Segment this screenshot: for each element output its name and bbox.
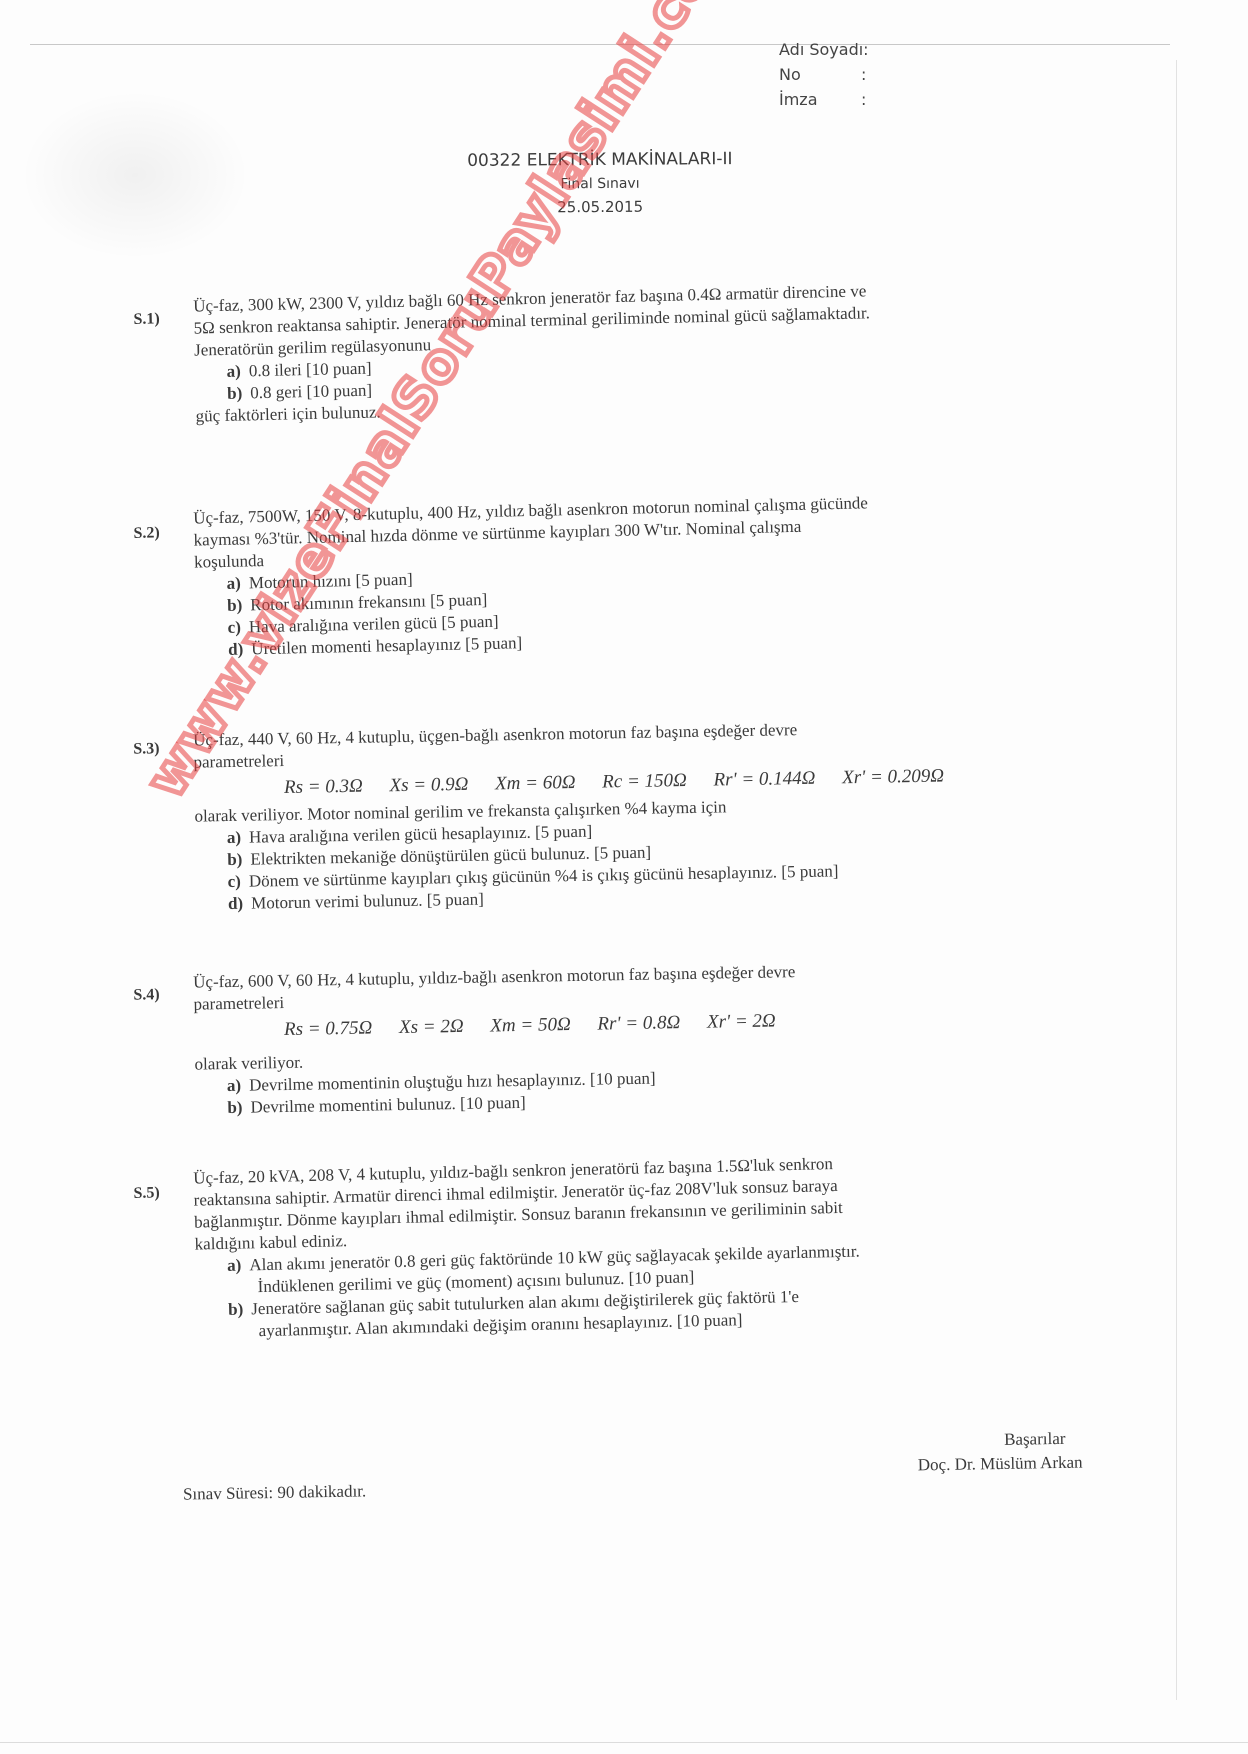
exam-type: Final Sınavı [400,175,800,194]
scan-edge-top [30,44,1170,45]
scan-edge-bottom [0,1742,1248,1743]
signature-field: İmza : [779,87,869,112]
instructor-name: Doç. Dr. Müslüm Arkan [880,1450,1120,1478]
question-number: S.5) [133,1182,160,1205]
course-title: 00322 ELEKTRİK MAKİNALARI-II [400,149,800,172]
question-body: Üç-faz, 300 kW, 2300 V, yıldız bağlı 60 … [193,275,1096,427]
question-4: S.4) Üç-faz, 600 V, 60 Hz, 4 kutuplu, yı… [0,953,1248,975]
param-xm: Xm = 60Ω [495,772,576,794]
question-2: S.2) Üç-faz, 7500W, 150 V, 8-kutuplu, 40… [0,484,1248,512]
param-rc: Rc = 150Ω [602,770,687,792]
question-number: S.2) [133,522,160,545]
param-rs: Rs = 0.75Ω [284,1018,373,1041]
number-label: No [779,62,861,87]
exam-header: 00322 ELEKTRİK MAKİNALARI-II Final Sınav… [400,149,800,218]
param-xr: Xr' = 2Ω [707,1010,776,1032]
name-label: Adı Soyadı: [779,37,869,62]
question-1: S.1) Üç-faz, 300 kW, 2300 V, yıldız bağl… [0,272,1248,300]
scan-edge-right [1176,60,1177,1700]
exam-date: 25.05.2015 [400,197,800,218]
student-info-block: Adı Soyadı: No : İmza : [779,37,869,112]
question-number: S.3) [133,738,160,760]
param-xs: Xs = 0.9Ω [389,774,468,796]
name-field: Adı Soyadı: [779,37,869,62]
question-number: S.1) [133,308,160,331]
question-5: S.5) Üç-faz, 20 kVA, 208 V, 4 kutuplu, y… [0,1144,1248,1172]
param-xr: Xr' = 0.209Ω [842,766,944,789]
question-body: Üç-faz, 600 V, 60 Hz, 4 kutuplu, yıldız-… [193,956,1095,1120]
exam-duration: Sınav Süresi: 90 dakikadır. [183,1481,367,1504]
question-body: Üç-faz, 440 V, 60 Hz, 4 kutuplu, üçgen-b… [193,714,1096,916]
question-body: Üç-faz, 20 kVA, 208 V, 4 kutuplu, yıldız… [193,1147,1097,1343]
signature-label: İmza [779,87,861,112]
question-body: Üç-faz, 7500W, 150 V, 8-kutuplu, 400 Hz,… [193,487,1096,661]
question-3: S.3) Üç-faz, 440 V, 60 Hz, 4 kutuplu, üç… [0,711,1248,733]
question-number: S.4) [133,984,160,1006]
signature-separator: : [861,87,866,112]
number-field: No : [779,62,869,87]
param-xm: Xm = 50Ω [490,1014,571,1036]
param-rr: Rr' = 0.8Ω [597,1012,680,1034]
param-xs: Xs = 2Ω [399,1016,464,1038]
param-rr: Rr' = 0.144Ω [713,768,815,791]
exam-page: Adı Soyadı: No : İmza : 00322 ELEKTRİK M… [0,0,1248,1754]
signature-block: Başarılar Doç. Dr. Müslüm Arkan [880,1426,1121,1478]
number-separator: : [861,62,866,87]
scan-smudge [20,90,250,260]
param-rs: Rs = 0.3Ω [284,776,363,798]
